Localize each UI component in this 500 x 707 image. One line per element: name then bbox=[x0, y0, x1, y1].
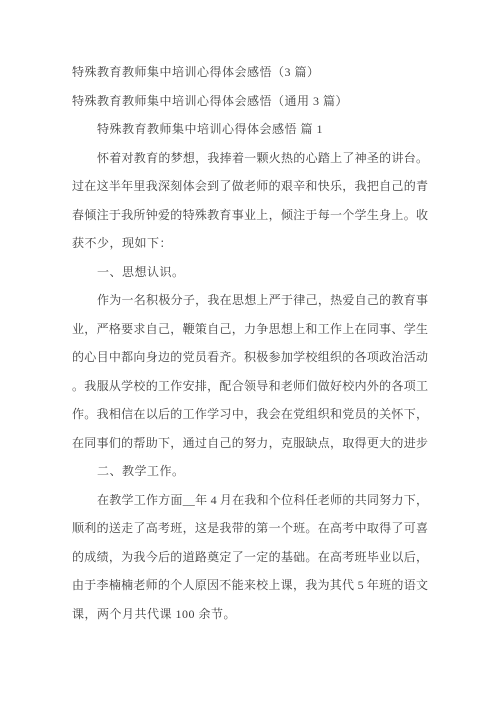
para-2-line-6: 在同事们的帮助下，通过自己的努力，克服缺点，取得更大的进步 bbox=[72, 429, 428, 458]
para-2-line-3: 的心目中都向身边的党员看齐。积极参加学校组织的各项政治活动 bbox=[72, 343, 428, 372]
para-1-line-3: 春倾注于我所钟爱的特殊教育事业上，倾注于每一个学生身上。收 bbox=[72, 201, 428, 230]
title-pian-1: 特殊教育教师集中培训心得体会感悟 篇 1 bbox=[72, 115, 428, 144]
para-2-line-4: 。我服从学校的工作安排，配合领导和老师们做好校内外的各项工 bbox=[72, 372, 428, 401]
para-3-line-5: 课，两个月共代课 100 余节。 bbox=[72, 600, 428, 629]
para-3-line-1: 在教学工作方面__年 4 月在我和个位科任老师的共同努力下， bbox=[72, 486, 428, 515]
heading-2: 二、教学工作。 bbox=[72, 457, 428, 486]
title-3-pian: 特殊教育教师集中培训心得体会感悟（3 篇） bbox=[72, 58, 428, 87]
para-2-line-1: 作为一名积极分子，我在思想上严于律己，热爱自己的教育事 bbox=[72, 286, 428, 315]
para-2-line-5: 作。我相信在以后的工作学习中，我会在党组织和党员的关怀下， bbox=[72, 400, 428, 429]
para-3-line-2: 顺利的送走了高考班，这是我带的第一个班。在高考中取得了可喜 bbox=[72, 514, 428, 543]
document-body: 特殊教育教师集中培训心得体会感悟（3 篇）特殊教育教师集中培训心得体会感悟（通用… bbox=[72, 58, 428, 628]
para-1-line-2: 过在这半年里我深刻体会到了做老师的艰辛和快乐，我把自己的青 bbox=[72, 172, 428, 201]
para-1-line-1: 怀着对教育的梦想，我捧着一颗火热的心踏上了神圣的讲台。 bbox=[72, 144, 428, 173]
document-page: 特殊教育教师集中培训心得体会感悟（3 篇）特殊教育教师集中培训心得体会感悟（通用… bbox=[0, 0, 500, 707]
para-2-line-2: 业，严格要求自己，鞭策自己，力争思想上和工作上在同事、学生 bbox=[72, 315, 428, 344]
para-3-line-4: 由于李楠楠老师的个人原因不能来校上课，我为其代 5 年班的语文 bbox=[72, 571, 428, 600]
title-tongyong-3-pian: 特殊教育教师集中培训心得体会感悟（通用 3 篇） bbox=[72, 87, 428, 116]
para-3-line-3: 的成绩，为我今后的道路奠定了一定的基础。在高考班毕业以后， bbox=[72, 543, 428, 572]
para-1-line-4: 获不少，现如下： bbox=[72, 229, 428, 258]
heading-1: 一、思想认识。 bbox=[72, 258, 428, 287]
